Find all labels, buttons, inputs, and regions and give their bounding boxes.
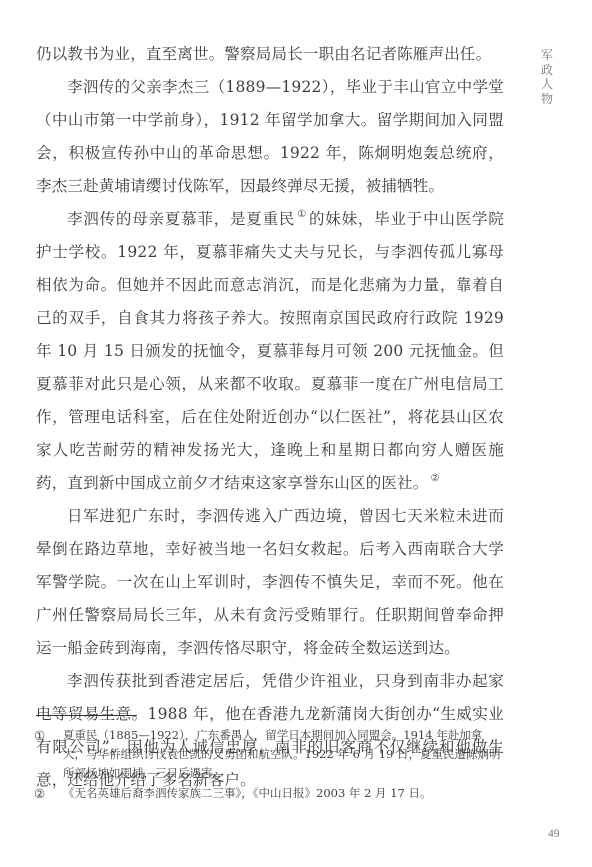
paragraph-text: 李泗传的父亲李杰三（1889—1922），毕业于丰山官立中学堂（中山市第一中学前…	[36, 78, 504, 195]
paragraph-text: 仍以教书为业，直至离世。警察局局长一职由名记者陈雁声出任。	[36, 45, 491, 63]
section-side-label: 军 政 人 物	[540, 48, 554, 106]
footnote-ref-2[interactable]: ②	[431, 473, 440, 484]
paragraph-mother: 李泗传的母亲夏慕菲，是夏重民①的妹妹，毕业于中山医学院护士学校。1922 年，夏…	[36, 203, 504, 500]
footnote-ref-1[interactable]: ①	[297, 209, 307, 220]
paragraph-continuation: 仍以教书为业，直至离世。警察局局长一职由名记者陈雁声出任。	[36, 38, 504, 71]
paragraph-father: 李泗传的父亲李杰三（1889—1922），毕业于丰山官立中学堂（中山市第一中学前…	[36, 71, 504, 203]
side-label-char: 物	[540, 92, 554, 107]
side-label-char: 政	[540, 63, 554, 78]
footnote-text: 夏重民（1885—1922），广东番禺人，留学日本期间加入同盟会。1914 年赴…	[63, 728, 501, 780]
side-label-char: 人	[540, 77, 554, 92]
footnote-marker: ①	[34, 726, 45, 745]
footnotes: ① 夏重民（1885—1922），广东番禺人，留学日本期间加入同盟会。1914 …	[34, 726, 504, 804]
paragraph-text: 的妹妹，毕业于中山医学院护士学校。1922 年，夏慕菲痛失丈夫与兄长，与李泗传孤…	[36, 210, 504, 492]
footnote-1: ① 夏重民（1885—1922），广东番禺人，留学日本期间加入同盟会。1914 …	[34, 726, 504, 783]
paragraph-wartime: 日军进犯广东时，李泗传逃入广西边境，曾因七天米粒未进而晕倒在路边草地，幸好被当地…	[36, 500, 504, 665]
paragraph-text: 李泗传的母亲夏慕菲，是夏重民	[67, 210, 295, 228]
footnote-2: ② 《无名英雄后裔李泗传家族二三事》，《中山日报》2003 年 2 月 17 日…	[34, 784, 504, 803]
body-text: 仍以教书为业，直至离世。警察局局长一职由名记者陈雁声出任。 李泗传的父亲李杰三（…	[36, 38, 504, 797]
footnote-text: 《无名英雄后裔李泗传家族二三事》，《中山日报》2003 年 2 月 17 日。	[63, 786, 432, 800]
page-number: 49	[548, 828, 560, 840]
book-page: 军 政 人 物 仍以教书为业，直至离世。警察局局长一职由名记者陈雁声出任。 李泗…	[0, 0, 592, 867]
paragraph-text: 日军进犯广东时，李泗传逃入广西边境，曾因七天米粒未进而晕倒在路边草地，幸好被当地…	[36, 507, 504, 657]
side-label-char: 军	[540, 48, 554, 63]
footnote-divider	[36, 715, 137, 716]
footnote-marker: ②	[34, 784, 45, 803]
